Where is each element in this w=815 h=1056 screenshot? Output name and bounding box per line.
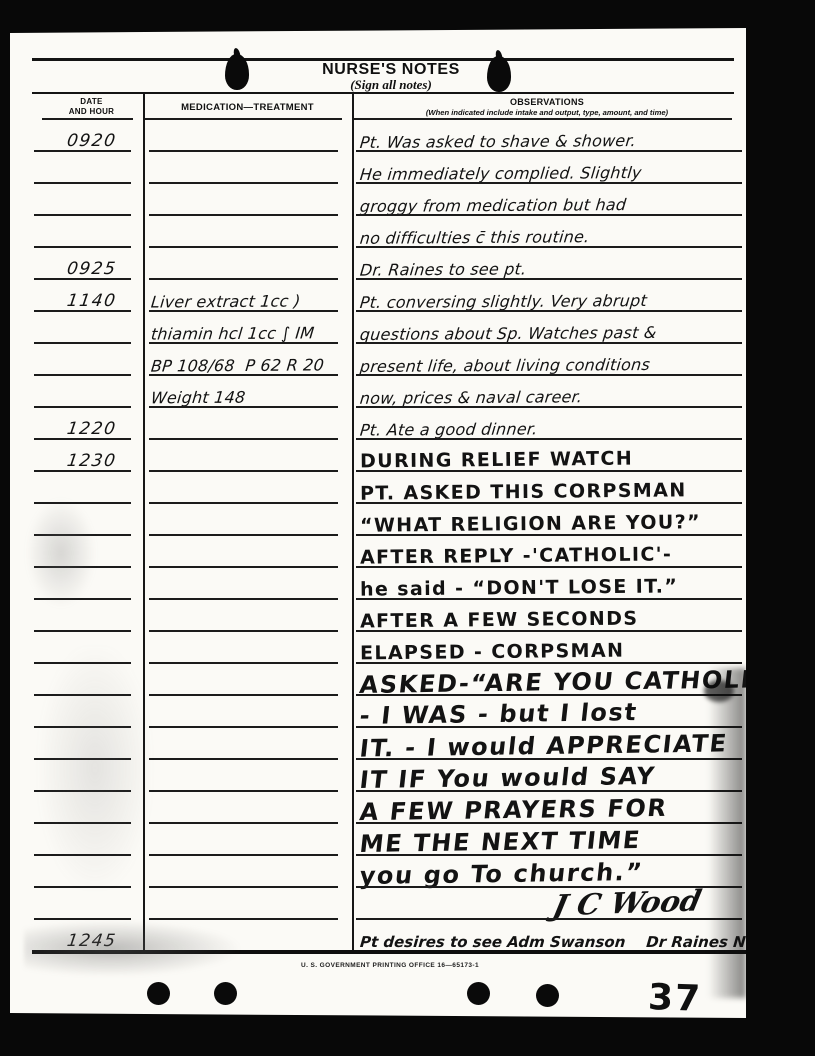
cell-med <box>143 152 352 184</box>
cell-med <box>143 792 352 824</box>
cell-med <box>143 184 352 216</box>
form-subtitle: (Sign all notes) <box>40 77 742 93</box>
obs-text: Dr. Raines to see pt. <box>359 261 527 278</box>
cell-date <box>40 888 143 920</box>
table-row: AFTER A FEW SECONDS <box>40 600 742 632</box>
cell-med: Liver extract 1cc ) <box>143 280 352 312</box>
obs-text: Pt desires to see Adm Swanson Dr Raines … <box>359 935 801 950</box>
cell-obs: he said - “DON'T LOSE IT.” <box>352 568 742 600</box>
cell-date <box>40 632 143 664</box>
ink-blot <box>487 56 511 92</box>
table-row: no difficulties c̄ this routine. <box>40 216 742 248</box>
cell-obs: IT. - I would APPRECIATE <box>352 728 742 760</box>
date-text: 0920 <box>66 133 118 150</box>
cell-date <box>40 376 143 408</box>
cell-date <box>40 728 143 760</box>
obs-text: Pt. conversing slightly. Very abrupt <box>359 293 648 311</box>
cell-obs: present life, about living conditions <box>352 344 742 376</box>
obs-text: - I WAS - but I lost <box>358 700 638 728</box>
obs-text: AFTER REPLY -'CATHOLIC'- <box>360 545 672 567</box>
obs-text: no difficulties c̄ this routine. <box>359 229 590 247</box>
cell-med <box>143 120 352 152</box>
cell-obs: Pt. Ate a good dinner. <box>352 408 742 440</box>
header-date-line1: DATE <box>80 97 102 107</box>
table-row: you go To church.” <box>40 856 742 888</box>
date-text: 1220 <box>66 421 118 438</box>
cell-med <box>143 472 352 504</box>
punch-hole <box>536 984 559 1007</box>
table-row: he said - “DON'T LOSE IT.” <box>40 568 742 600</box>
notes-table: DATE AND HOUR MEDICATION—TREATMENT OBSER… <box>40 94 742 952</box>
cell-obs: IT IF You would SAY <box>352 760 742 792</box>
header-observations-label: OBSERVATIONS <box>510 97 584 107</box>
header-medication-label: MEDICATION—TREATMENT <box>181 102 314 113</box>
cell-obs: A FEW PRAYERS FOR <box>352 792 742 824</box>
cell-obs: “WHAT RELIGION ARE YOU?” <box>352 504 742 536</box>
punch-hole <box>467 982 490 1005</box>
header-observations-note: (When indicated include intake and outpu… <box>426 108 668 117</box>
printing-office-footnote: U. S. GOVERNMENT PRINTING OFFICE 16—6517… <box>255 962 525 969</box>
obs-text: IT. - I would APPRECIATE <box>358 731 729 760</box>
cell-date: 1245 <box>40 920 143 952</box>
date-text: 1245 <box>66 933 118 950</box>
cell-med <box>143 216 352 248</box>
cell-med <box>143 664 352 696</box>
cell-obs: DURING RELIEF WATCH <box>352 440 742 472</box>
table-bottom-rule <box>32 950 746 954</box>
obs-text: questions about Sp. Watches past & <box>359 325 657 343</box>
cell-date: 0920 <box>40 120 143 152</box>
table-row: ELAPSED - CORPSMAN <box>40 632 742 664</box>
cell-date <box>40 152 143 184</box>
cell-date: 1140 <box>40 280 143 312</box>
obs-text: groggy from medication but had <box>359 197 627 215</box>
table-row: 0925Dr. Raines to see pt. <box>40 248 742 280</box>
cell-date <box>40 824 143 856</box>
cell-date <box>40 760 143 792</box>
cell-med <box>143 568 352 600</box>
date-text: 0925 <box>66 261 118 278</box>
cell-med <box>143 440 352 472</box>
cell-date <box>40 472 143 504</box>
table-row: J C Wood <box>40 888 742 920</box>
cell-obs: ELAPSED - CORPSMAN <box>352 632 742 664</box>
table-row: - I WAS - but I lost <box>40 696 742 728</box>
table-header-row: DATE AND HOUR MEDICATION—TREATMENT OBSER… <box>40 94 742 120</box>
med-text: thiamin hcl 1cc ∫ IM <box>150 325 315 342</box>
cell-obs: Pt. Was asked to shave & shower. <box>352 120 742 152</box>
cell-obs: Dr. Raines to see pt. <box>352 248 742 280</box>
date-text: 1140 <box>66 293 118 310</box>
cell-obs: Pt. conversing slightly. Very abrupt <box>352 280 742 312</box>
page-number: 37 <box>647 977 703 1020</box>
cell-med: thiamin hcl 1cc ∫ IM <box>143 312 352 344</box>
obs-text: He immediately complied. Slightly <box>359 165 642 183</box>
cell-date <box>40 216 143 248</box>
obs-text: he said - “DON'T LOSE IT.” <box>360 577 678 599</box>
cell-obs: J C Wood <box>352 888 742 920</box>
cell-date <box>40 344 143 376</box>
form-table-body: 0920Pt. Was asked to shave & shower.He i… <box>40 120 742 952</box>
cell-med: Weight 148 <box>143 376 352 408</box>
table-row: IT. - I would APPRECIATE <box>40 728 742 760</box>
cell-obs: groggy from medication but had <box>352 184 742 216</box>
cell-date <box>40 600 143 632</box>
obs-text: Pt. Ate a good dinner. <box>359 421 538 438</box>
header-observations: OBSERVATIONS (When indicated include int… <box>352 94 742 120</box>
table-row: Weight 148now, prices & naval career. <box>40 376 742 408</box>
table-row: 0920Pt. Was asked to shave & shower. <box>40 120 742 152</box>
cell-med <box>143 600 352 632</box>
cell-date: 1220 <box>40 408 143 440</box>
table-row: “WHAT RELIGION ARE YOU?” <box>40 504 742 536</box>
table-row: IT IF You would SAY <box>40 760 742 792</box>
cell-obs: AFTER A FEW SECONDS <box>352 600 742 632</box>
cell-obs: no difficulties c̄ this routine. <box>352 216 742 248</box>
obs-text: A FEW PRAYERS FOR <box>358 796 668 824</box>
scanned-document: NURSE'S NOTES (Sign all notes) DATE AND … <box>0 0 815 1056</box>
table-row: He immediately complied. Slightly <box>40 152 742 184</box>
punch-hole <box>214 982 237 1005</box>
obs-text: ASKED-“ARE YOU CATHOLIC” <box>358 667 790 697</box>
cell-med <box>143 632 352 664</box>
cell-obs: He immediately complied. Slightly <box>352 152 742 184</box>
cell-obs: PT. ASKED THIS CORPSMAN <box>352 472 742 504</box>
cell-med <box>143 824 352 856</box>
obs-text: Pt. Was asked to shave & shower. <box>359 133 637 151</box>
signature: J C Wood <box>550 886 704 920</box>
table-row: ME THE NEXT TIME <box>40 824 742 856</box>
cell-date <box>40 504 143 536</box>
cell-med <box>143 696 352 728</box>
cell-med <box>143 536 352 568</box>
cell-med <box>143 504 352 536</box>
table-row: PT. ASKED THIS CORPSMAN <box>40 472 742 504</box>
cell-date <box>40 856 143 888</box>
cell-date <box>40 664 143 696</box>
table-row: 1140Liver extract 1cc )Pt. conversing sl… <box>40 280 742 312</box>
med-text: BP 108/68 P 62 R 20 <box>150 357 325 374</box>
ink-blot <box>225 54 249 90</box>
header-date-line2: AND HOUR <box>69 107 115 117</box>
obs-text: AFTER A FEW SECONDS <box>360 610 639 632</box>
obs-text: ELAPSED - CORPSMAN <box>360 642 625 664</box>
table-row: thiamin hcl 1cc ∫ IMquestions about Sp. … <box>40 312 742 344</box>
cell-med <box>143 888 352 920</box>
cell-med <box>143 728 352 760</box>
obs-text: “WHAT RELIGION ARE YOU?” <box>360 513 701 536</box>
table-row: ASKED-“ARE YOU CATHOLIC” <box>40 664 742 696</box>
table-row: A FEW PRAYERS FOR <box>40 792 742 824</box>
obs-text: DURING RELIEF WATCH <box>360 450 633 472</box>
cell-date <box>40 792 143 824</box>
table-row: 1220Pt. Ate a good dinner. <box>40 408 742 440</box>
date-text: 1230 <box>66 453 118 470</box>
table-row: BP 108/68 P 62 R 20present life, about l… <box>40 344 742 376</box>
table-row: 1230DURING RELIEF WATCH <box>40 440 742 472</box>
cell-obs: ME THE NEXT TIME <box>352 824 742 856</box>
obs-text: ME THE NEXT TIME <box>358 828 642 856</box>
obs-text: present life, about living conditions <box>359 357 651 375</box>
table-row: AFTER REPLY -'CATHOLIC'- <box>40 536 742 568</box>
table-row: 1245Pt desires to see Adm Swanson Dr Rai… <box>40 920 742 952</box>
cell-obs: now, prices & naval career. <box>352 376 742 408</box>
cell-obs: - I WAS - but I lost <box>352 696 742 728</box>
cell-med: BP 108/68 P 62 R 20 <box>143 344 352 376</box>
cell-date <box>40 184 143 216</box>
cell-obs: ASKED-“ARE YOU CATHOLIC” <box>352 664 742 696</box>
obs-text: PT. ASKED THIS CORPSMAN <box>360 481 687 503</box>
form-page: NURSE'S NOTES (Sign all notes) DATE AND … <box>10 28 746 1018</box>
med-text: Weight 148 <box>150 390 246 407</box>
med-text: Liver extract 1cc ) <box>150 293 301 310</box>
cell-obs: Pt desires to see Adm Swanson Dr Raines … <box>352 920 742 952</box>
cell-date <box>40 696 143 728</box>
cell-med <box>143 856 352 888</box>
cell-med <box>143 408 352 440</box>
cell-obs: AFTER REPLY -'CATHOLIC'- <box>352 536 742 568</box>
cell-date: 1230 <box>40 440 143 472</box>
punch-hole <box>147 982 170 1005</box>
obs-text: you go To church.” <box>358 860 644 888</box>
cell-date: 0925 <box>40 248 143 280</box>
obs-text: IT IF You would SAY <box>358 764 656 792</box>
obs-text: now, prices & naval career. <box>359 389 583 407</box>
table-row: groggy from medication but had <box>40 184 742 216</box>
header-medication: MEDICATION—TREATMENT <box>143 94 352 120</box>
cell-med <box>143 760 352 792</box>
cell-date <box>40 312 143 344</box>
cell-obs: questions about Sp. Watches past & <box>352 312 742 344</box>
cell-date <box>40 568 143 600</box>
cell-med <box>143 920 352 952</box>
cell-med <box>143 248 352 280</box>
cell-date <box>40 536 143 568</box>
header-date: DATE AND HOUR <box>40 94 143 120</box>
